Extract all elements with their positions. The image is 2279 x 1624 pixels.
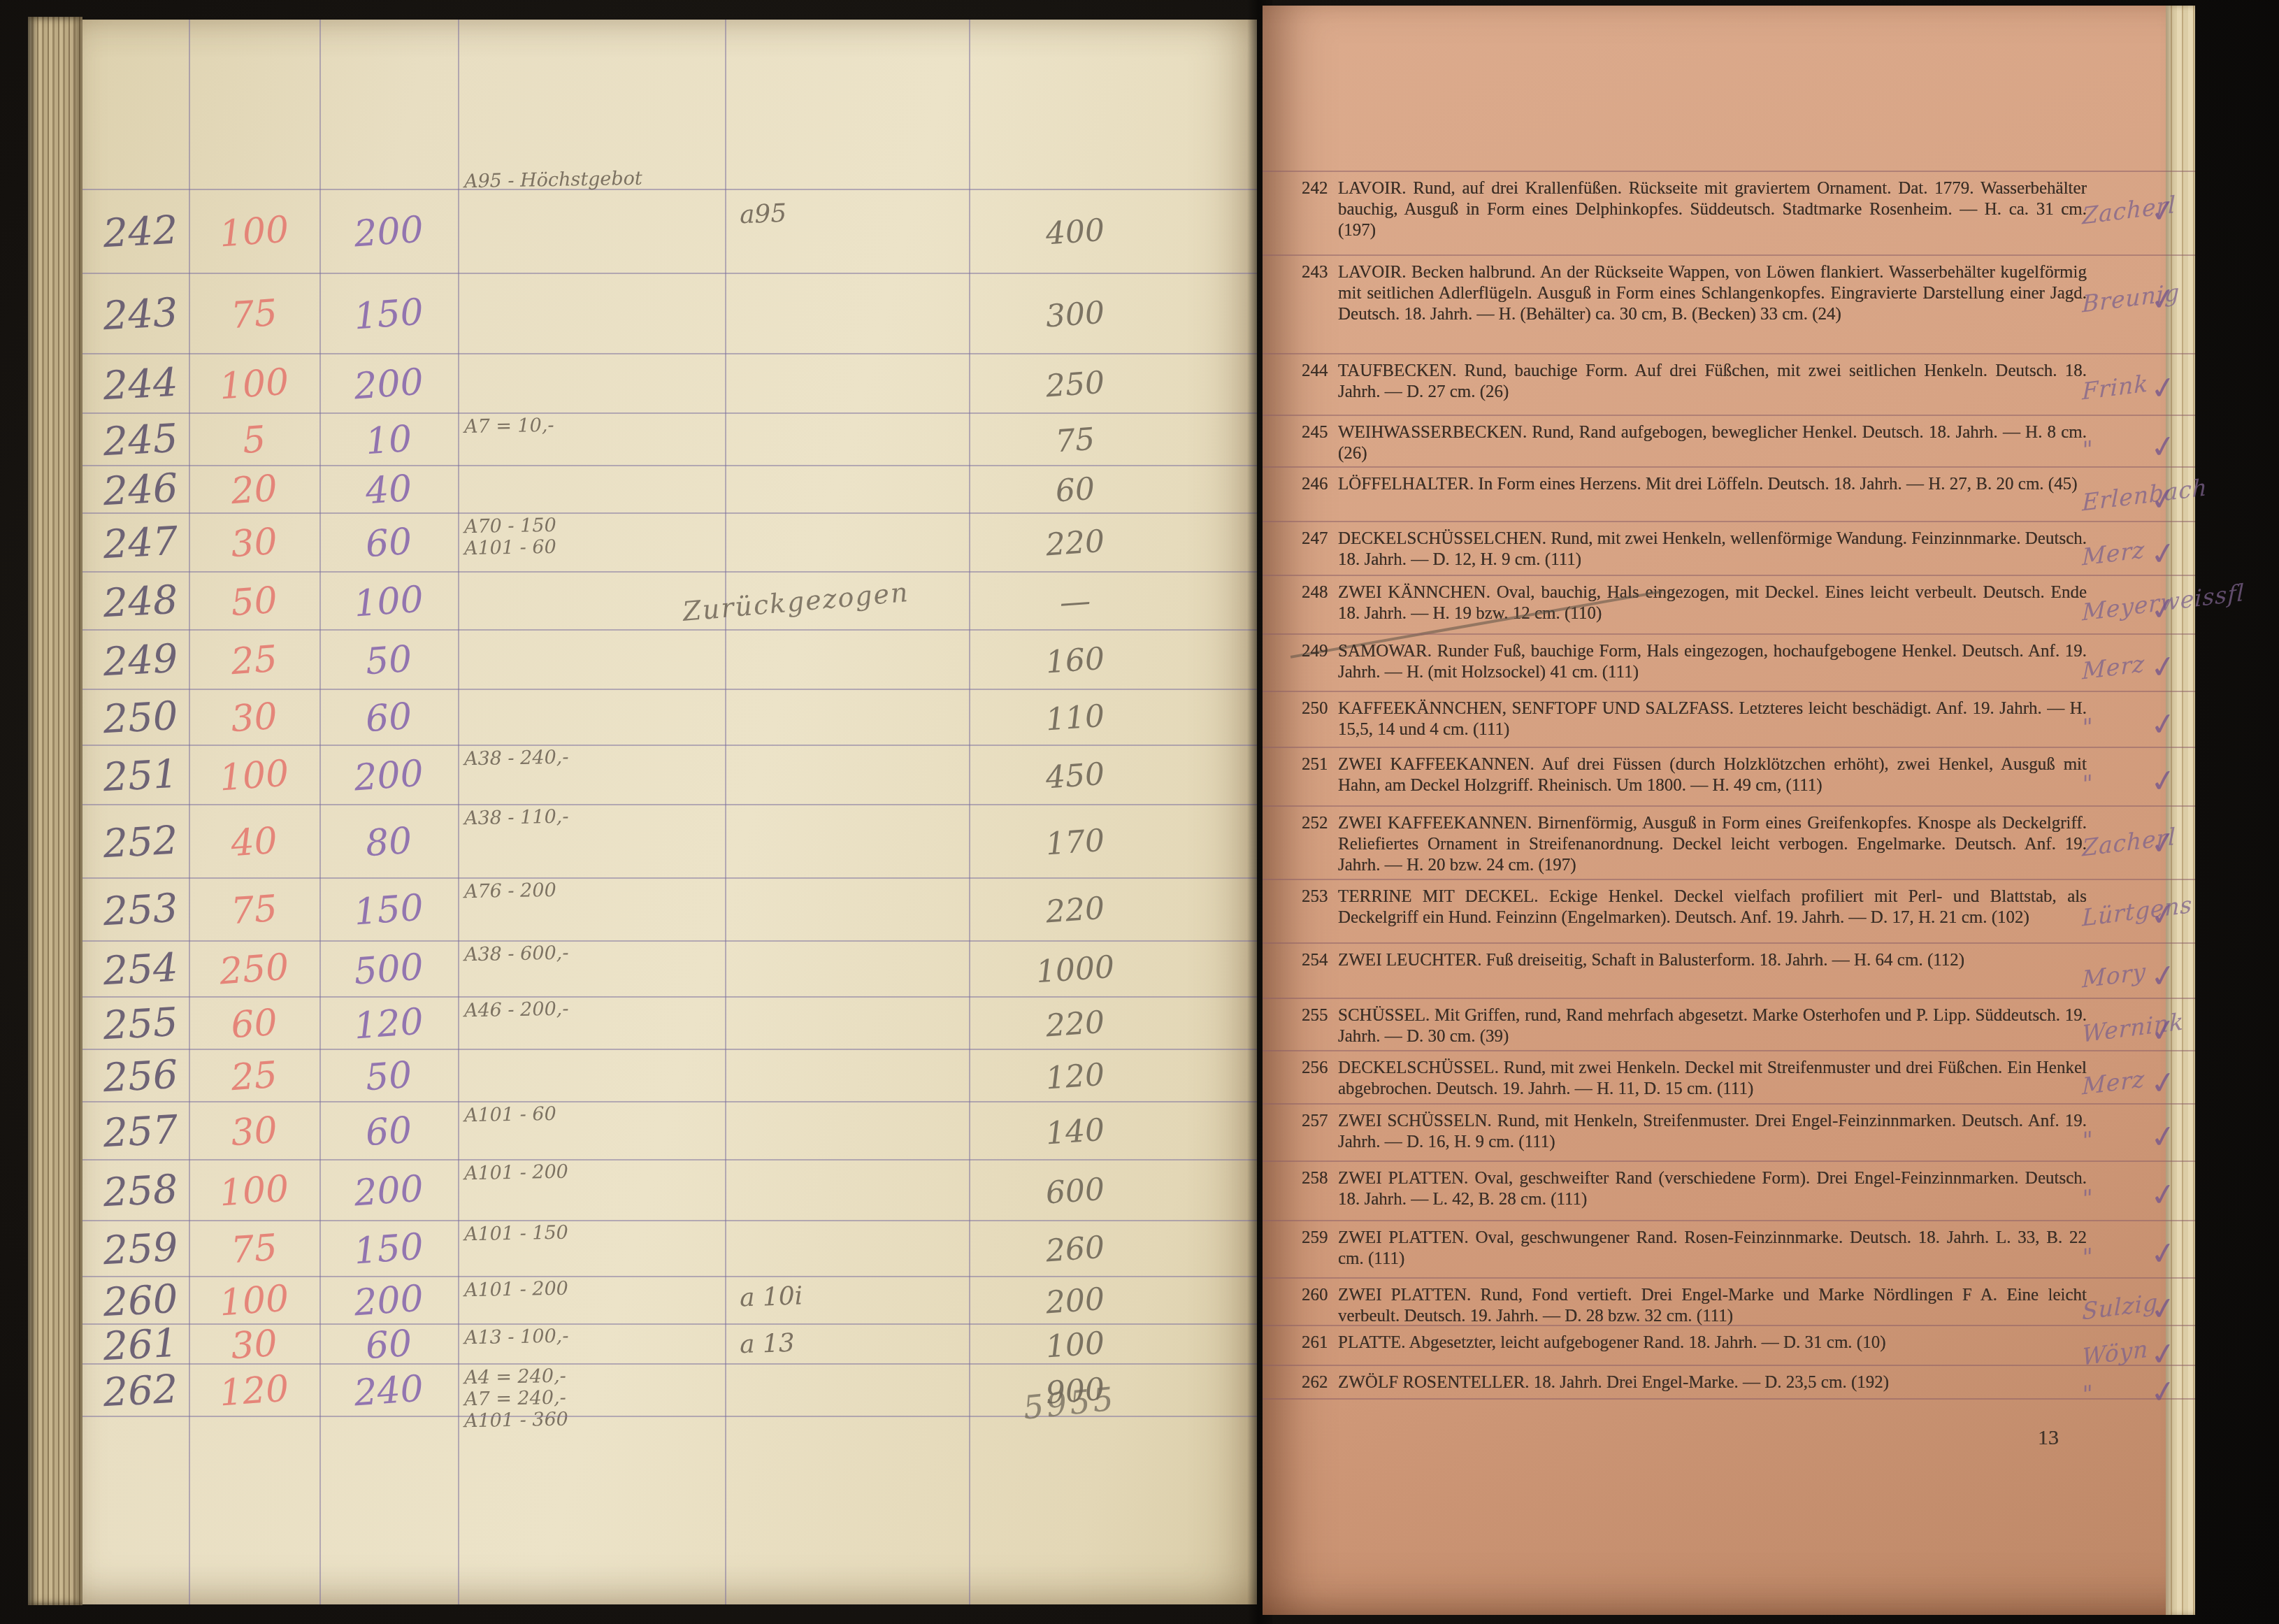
lot-number: 261 (87, 1319, 194, 1370)
lot-description-block: 256DECKELSCHÜSSEL. Rund, mit zwei Henkel… (1302, 1058, 2087, 1100)
limit-price: 75 (189, 1224, 319, 1275)
lot-number: 254 (1302, 950, 1328, 971)
double-price: 60 (319, 692, 458, 743)
checkmark-icon: ✓ (2148, 648, 2179, 687)
limit-price: 100 (189, 1276, 319, 1327)
lot-description: TAUFBECKEN. Rund, bauchige Form. Auf dre… (1338, 361, 2087, 401)
lot-number: 260 (1302, 1285, 1328, 1306)
limit-price: 30 (189, 518, 319, 569)
lot-description: ZWEI KÄNNCHEN. Oval, bauchig, Hals einge… (1338, 583, 2087, 623)
hammer-price: 600 (970, 1166, 1181, 1216)
checkmark-icon: ✓ (2148, 1011, 2179, 1050)
lot-number: 255 (87, 998, 194, 1049)
double-price: 120 (319, 998, 458, 1049)
lot-number: 262 (1302, 1372, 1328, 1393)
agent-note: A13 - 100,- (464, 1325, 569, 1349)
ruled-line (1263, 1398, 2195, 1400)
agent-note: A101 - 200 (464, 1278, 568, 1302)
ledger-row: 2492550160 (82, 629, 1257, 690)
hammer-price: — (970, 577, 1181, 627)
double-price: 200 (319, 359, 458, 410)
ledger-row: 251100200A38 - 240,-450 (82, 745, 1257, 805)
hammer-price: 220 (970, 518, 1181, 568)
limit-price: 20 (189, 465, 319, 516)
lot-description-block: 258ZWEI PLATTEN. Oval, geschweifter Rand… (1302, 1168, 2087, 1210)
checkmark-icon: ✓ (2148, 705, 2179, 744)
column-note: a 10i (739, 1282, 803, 1313)
checkmark-icon: ✓ (2148, 369, 2179, 408)
checkmark-icon: ✓ (2148, 1235, 2179, 1274)
lot-description: SCHÜSSEL. Mit Griffen, rund, Rand mehrfa… (1338, 1006, 2087, 1046)
agent-note: A7 = 10,- (464, 415, 554, 438)
catalog-entry: 254ZWEI LEUCHTER. Fuß dreiseitig, Schaft… (1263, 942, 2195, 999)
catalog-entry: 259ZWEI PLATTEN. Oval, geschwungener Ran… (1263, 1220, 2195, 1279)
hammer-price: 200 (970, 1276, 1181, 1326)
limit-price: 50 (189, 576, 319, 627)
double-price: 500 (319, 944, 458, 995)
agent-note: A38 - 600,- (464, 942, 569, 966)
double-price: 10 (319, 415, 458, 466)
agent-note: A95 - Höchstgebot (464, 168, 642, 192)
agent-notes: A38 - 600,- (464, 943, 568, 965)
lot-description: KAFFEEKÄNNCHEN, SENFTOPF UND SALZFASS. L… (1338, 699, 2087, 739)
lot-number: 262 (87, 1365, 194, 1416)
lot-number: 261 (1302, 1332, 1328, 1353)
lot-number: 243 (1302, 262, 1328, 283)
lot-number: 249 (1302, 641, 1328, 662)
lot-description: ZWEI PLATTEN. Oval, geschwungener Rand. … (1338, 1228, 2087, 1268)
hammer-price: 260 (970, 1224, 1181, 1274)
ledger-row: 2473060A70 - 150A101 - 60220 (82, 512, 1257, 573)
lot-number: 256 (1302, 1058, 1328, 1079)
lot-number: 251 (87, 750, 194, 801)
checkmark-icon: ✓ (2148, 1118, 2179, 1157)
hammer-price: 250 (970, 359, 1181, 410)
checkmark-icon: ✓ (2148, 590, 2179, 629)
hammer-price: 120 (970, 1051, 1181, 1102)
checkmark-icon: ✓ (2148, 480, 2179, 519)
catalog-entry: 258ZWEI PLATTEN. Oval, geschweifter Rand… (1263, 1160, 2195, 1221)
lot-number: 247 (87, 518, 194, 569)
ledger-row: 260100200A101 - 200a 10i200 (82, 1276, 1257, 1325)
lot-number: 245 (87, 415, 194, 466)
agent-notes: A101 - 200 (464, 1279, 568, 1300)
catalog-page: 242LAVOIR. Rund, auf drei Krallenfüßen. … (1263, 6, 2195, 1615)
lot-description-block: 251ZWEI KAFFEEKANNEN. Auf drei Füssen (d… (1302, 754, 2087, 796)
double-price: 150 (319, 884, 458, 935)
catalog-entry: 252ZWEI KAFFEEKANNEN. Birnenförmig, Ausg… (1263, 805, 2195, 880)
double-price: 150 (319, 289, 458, 340)
lot-description: TERRINE MIT DECKEL. Eckige Henkel. Decke… (1338, 887, 2087, 927)
limit-price: 100 (189, 1165, 319, 1216)
lot-number: 254 (87, 944, 194, 996)
ledger-page: 242100200A95 - Höchstgebota9540024375150… (82, 20, 1257, 1604)
agent-notes: A4 = 240,-A7 = 240,-A101 - 360 (464, 1366, 568, 1431)
lot-number: 244 (87, 359, 194, 410)
lot-number: 248 (1302, 582, 1328, 603)
double-price: 40 (319, 464, 458, 515)
column-note: a95 (739, 199, 787, 229)
lot-number: 259 (87, 1224, 194, 1275)
lot-number: 259 (1302, 1228, 1328, 1249)
catalog-entry: 247DECKELSCHÜSSELCHEN. Rund, mit zwei He… (1263, 521, 2195, 576)
lot-number: 252 (87, 817, 194, 868)
catalog-entry: 244TAUFBECKEN. Rund, bauchige Form. Auf … (1263, 353, 2195, 416)
lot-number: 252 (1302, 813, 1328, 834)
ledger-row: 2613060A13 - 100,-a 13100 (82, 1323, 1257, 1365)
lot-number: 253 (1302, 886, 1328, 907)
hammer-price: 450 (970, 751, 1181, 801)
lot-description-block: 249SAMOWAR. Runder Fuß, bauchige Form, H… (1302, 641, 2087, 683)
double-price: 200 (319, 1275, 458, 1326)
catalog-entry: 257ZWEI SCHÜSSELN. Rund, mit Henkeln, St… (1263, 1103, 2195, 1162)
agent-note: A7 = 240,- (464, 1387, 568, 1411)
ledger-row: 25375150A76 - 200220 (82, 877, 1257, 942)
limit-price: 75 (189, 885, 319, 936)
limit-price: 60 (189, 998, 319, 1049)
lot-number: 257 (87, 1106, 194, 1157)
agent-note: A101 - 360 (464, 1409, 568, 1432)
lot-description: ZWEI KAFFEEKANNEN. Birnenförmig, Ausguß … (1338, 814, 2087, 875)
catalog-entry: 253TERRINE MIT DECKEL. Eckige Henkel. De… (1263, 879, 2195, 944)
hammer-price: 110 (970, 693, 1181, 743)
hammer-price: 400 (970, 207, 1181, 257)
double-price: 240 (319, 1365, 458, 1416)
checkmark-icon: ✓ (2148, 1063, 2179, 1102)
agent-note: A70 - 150 (464, 515, 556, 538)
lot-number: 242 (87, 207, 194, 258)
lot-description-block: 253TERRINE MIT DECKEL. Eckige Henkel. De… (1302, 886, 2087, 928)
agent-note: A4 = 240,- (464, 1365, 568, 1389)
lot-description: LÖFFELHALTER. In Form eines Herzens. Mit… (1338, 475, 2077, 494)
agent-note: A101 - 200 (464, 1161, 568, 1185)
double-price: 50 (319, 635, 458, 686)
ledger-row: 2503060110 (82, 689, 1257, 746)
agent-notes: A101 - 200 (464, 1162, 568, 1184)
ledger-row: 24375150300 (82, 273, 1257, 354)
lot-number: 253 (87, 885, 194, 936)
lot-description: DECKELSCHÜSSELCHEN. Rund, mit zwei Henke… (1338, 529, 2087, 569)
agent-note: A38 - 240,- (464, 747, 569, 770)
checkmark-icon: ✓ (2148, 1289, 2179, 1328)
lot-description: ZWEI SCHÜSSELN. Rund, mit Henkeln, Strei… (1338, 1112, 2087, 1151)
ledger-row: 258100200A101 - 200600 (82, 1159, 1257, 1221)
ledger-row: 2562550120 (82, 1049, 1257, 1102)
lot-description-block: 244TAUFBECKEN. Rund, bauchige Form. Auf … (1302, 361, 2087, 403)
lot-description: SAMOWAR. Runder Fuß, bauchige Form, Hals… (1338, 642, 2087, 682)
agent-notes: A38 - 110,- (464, 807, 568, 828)
limit-price: 30 (189, 693, 319, 744)
hammer-price: 170 (970, 817, 1181, 868)
lot-description-block: 242LAVOIR. Rund, auf drei Krallenfüßen. … (1302, 178, 2087, 241)
hammer-price: 140 (970, 1107, 1181, 1157)
lot-description: ZWEI PLATTEN. Oval, geschweifter Rand (v… (1338, 1169, 2087, 1209)
lot-description: DECKELSCHÜSSEL. Rund, mit zwei Henkeln. … (1338, 1058, 2087, 1098)
hammer-price: 100 (970, 1320, 1181, 1370)
lot-description-block: 247DECKELSCHÜSSELCHEN. Rund, mit zwei He… (1302, 529, 2087, 570)
checkmark-icon: ✓ (2148, 428, 2179, 467)
lot-number: 257 (1302, 1111, 1328, 1132)
limit-price: 30 (189, 1106, 319, 1157)
catalog-entry: 255SCHÜSSEL. Mit Griffen, rund, Rand meh… (1263, 998, 2195, 1051)
catalog-entry: 261PLATTE. Abgesetzter, leicht aufgeboge… (1263, 1325, 2195, 1366)
ledger-row: 244100200250 (82, 353, 1257, 414)
lot-number: 256 (87, 1051, 194, 1102)
lot-description: ZWÖLF ROSENTELLER. 18. Jahrh. Drei Engel… (1338, 1373, 1889, 1392)
lot-description-block: 257ZWEI SCHÜSSELN. Rund, mit Henkeln, St… (1302, 1111, 2087, 1153)
agent-notes: A95 - Höchstgebot (464, 169, 642, 191)
page-edges-left (28, 17, 82, 1605)
hammer-price: 220 (970, 885, 1181, 935)
lot-description-block: 245WEIHWASSERBECKEN. Rund, Rand aufgebog… (1302, 422, 2087, 464)
lot-description-block: 255SCHÜSSEL. Mit Griffen, rund, Rand meh… (1302, 1005, 2087, 1047)
lot-number: 243 (87, 289, 194, 340)
ledger-row: 25560120A46 - 200,-220 (82, 996, 1257, 1050)
double-price: 200 (319, 750, 458, 801)
agent-note: A101 - 60 (464, 1103, 556, 1126)
catalog-entry: 248ZWEI KÄNNCHEN. Oval, bauchig, Hals ei… (1263, 575, 2195, 635)
double-price: 60 (319, 1106, 458, 1157)
ledger-row: 2573060A101 - 60140 (82, 1101, 1257, 1160)
checkmark-icon: ✓ (2148, 824, 2179, 863)
lot-description-block: 246LÖFFELHALTER. In Form eines Herzens. … (1302, 474, 2087, 495)
lot-number: 251 (1302, 754, 1328, 775)
hammer-price: 300 (970, 289, 1181, 340)
double-price: 100 (319, 576, 458, 627)
double-price: 200 (319, 1165, 458, 1216)
agent-notes: A38 - 240,- (464, 747, 568, 769)
lot-description: PLATTE. Abgesetzter, leicht aufgebogener… (1338, 1333, 1886, 1352)
limit-price: 120 (189, 1365, 319, 1416)
ledger-row: 25975150A101 - 150260 (82, 1220, 1257, 1277)
lot-number: 250 (1302, 698, 1328, 719)
hammer-price: 160 (970, 635, 1181, 686)
catalog-entry: 250KAFFEEKÄNNCHEN, SENFTOPF UND SALZFASS… (1263, 691, 2195, 748)
checkmark-icon: ✓ (2148, 895, 2179, 934)
lot-description: ZWEI PLATTEN. Rund, Fond vertieft. Drei … (1338, 1286, 2087, 1325)
limit-price: 30 (189, 1319, 319, 1370)
double-price: 50 (319, 1051, 458, 1102)
hammer-price: 1000 (970, 944, 1181, 995)
catalog-entry: 245WEIHWASSERBECKEN. Rund, Rand aufgebog… (1263, 415, 2195, 468)
checkmark-icon: ✓ (2148, 280, 2179, 319)
lot-description-block: 259ZWEI PLATTEN. Oval, geschwungener Ran… (1302, 1228, 2087, 1270)
checkmark-icon: ✓ (2148, 535, 2179, 574)
limit-price: 100 (189, 359, 319, 410)
lot-number: 242 (1302, 178, 1328, 199)
lot-number: 260 (87, 1276, 194, 1327)
double-price: 150 (319, 1223, 458, 1274)
limit-price: 75 (189, 289, 319, 340)
agent-note: A76 - 200 (464, 879, 556, 903)
ledger-row: 242100200A95 - Höchstgebota95400 (82, 189, 1257, 274)
catalog-entry: 262ZWÖLF ROSENTELLER. 18. Jahrh. Drei En… (1263, 1365, 2195, 1400)
ledger-row: 246204060 (82, 465, 1257, 514)
agent-note: A101 - 150 (464, 1222, 568, 1246)
agent-notes: A101 - 60 (464, 1104, 556, 1126)
checkmark-icon: ✓ (2148, 192, 2179, 231)
lot-number: 258 (1302, 1168, 1328, 1189)
ledger-row: 245510A7 = 10,-75 (82, 412, 1257, 466)
checkmark-icon: ✓ (2148, 762, 2179, 801)
checkmark-icon: ✓ (2148, 956, 2179, 996)
lot-number: 246 (1302, 474, 1328, 495)
agent-note: A38 - 110,- (464, 806, 569, 830)
withdrawn-note: Zurückgezogen (682, 577, 910, 627)
lot-description-block: 250KAFFEEKÄNNCHEN, SENFTOPF UND SALZFASS… (1302, 698, 2087, 740)
book-scan: 242100200A95 - Höchstgebota9540024375150… (0, 0, 2279, 1624)
ledger-row: 2524080A38 - 110,-170 (82, 804, 1257, 879)
agent-notes: A46 - 200,- (464, 999, 568, 1021)
lot-number: 255 (1302, 1005, 1328, 1026)
lot-number: 244 (1302, 361, 1328, 382)
limit-price: 25 (189, 1051, 319, 1102)
lot-description: LAVOIR. Becken halbrund. An der Rückseit… (1338, 263, 2087, 324)
lot-number: 249 (87, 635, 194, 686)
checkmark-icon: ✓ (2148, 1176, 2179, 1215)
lot-number: 245 (1302, 422, 1328, 443)
agent-note: A46 - 200,- (464, 998, 569, 1022)
hammer-price: 60 (970, 465, 1181, 515)
lot-number: 248 (87, 576, 194, 627)
column-note: a 13 (739, 1328, 795, 1359)
lot-description-block: 262ZWÖLF ROSENTELLER. 18. Jahrh. Drei En… (1302, 1372, 2087, 1393)
lot-description-block: 261PLATTE. Abgesetzter, leicht aufgeboge… (1302, 1332, 2087, 1353)
catalog-entry: 251ZWEI KAFFEEKANNEN. Auf drei Füssen (d… (1263, 747, 2195, 807)
catalog-entry: 256DECKELSCHÜSSEL. Rund, mit zwei Henkel… (1263, 1050, 2195, 1105)
lot-number: 247 (1302, 529, 1328, 549)
lot-description: ZWEI LEUCHTER. Fuß dreiseitig, Schaft in… (1338, 951, 1964, 970)
catalog-entry: 243LAVOIR. Becken halbrund. An der Rücks… (1263, 254, 2195, 354)
double-price: 80 (319, 817, 458, 868)
agent-note: A101 - 60 (464, 536, 556, 559)
lot-description: LAVOIR. Rund, auf drei Krallenfüßen. Rüc… (1338, 179, 2087, 240)
ledger-row: 254250500A38 - 600,-1000 (82, 940, 1257, 998)
lot-description-block: 243LAVOIR. Becken halbrund. An der Rücks… (1302, 262, 2087, 325)
lot-number: 250 (87, 693, 194, 744)
hammer-price: 220 (970, 999, 1181, 1049)
catalog-entry: 260ZWEI PLATTEN. Rund, Fond vertieft. Dr… (1263, 1277, 2195, 1326)
agent-notes: A76 - 200 (464, 880, 556, 902)
catalog-entry: 242LAVOIR. Rund, auf drei Krallenfüßen. … (1263, 171, 2195, 256)
ledger-row: 24850100Zurückgezogen— (82, 571, 1257, 631)
lot-number: 258 (87, 1165, 194, 1216)
agent-notes: A101 - 150 (464, 1223, 568, 1244)
lot-description-block: 254ZWEI LEUCHTER. Fuß dreiseitig, Schaft… (1302, 950, 2087, 971)
limit-price: 5 (189, 415, 319, 466)
lot-description-block: 260ZWEI PLATTEN. Rund, Fond vertieft. Dr… (1302, 1285, 2087, 1327)
lot-description-block: 248ZWEI KÄNNCHEN. Oval, bauchig, Hals ei… (1302, 582, 2087, 624)
lot-description: ZWEI KAFFEEKANNEN. Auf drei Füssen (durc… (1338, 755, 2087, 795)
lot-description: WEIHWASSERBECKEN. Rund, Rand aufgebogen,… (1338, 423, 2087, 463)
agent-notes: A7 = 10,- (464, 415, 554, 437)
limit-price: 40 (189, 817, 319, 868)
hammer-price: 75 (970, 415, 1181, 466)
lot-description-block: 252ZWEI KAFFEEKANNEN. Birnenförmig, Ausg… (1302, 813, 2087, 876)
agent-notes: A70 - 150A101 - 60 (464, 515, 556, 559)
limit-price: 100 (189, 207, 319, 258)
lot-number: 246 (87, 465, 194, 516)
agent-notes: A13 - 100,- (464, 1326, 568, 1348)
catalog-entry: 246LÖFFELHALTER. In Form eines Herzens. … (1263, 466, 2195, 522)
double-price: 200 (319, 206, 458, 257)
limit-price: 25 (189, 635, 319, 686)
limit-price: 250 (189, 944, 319, 996)
page-number: 13 (2020, 1426, 2076, 1450)
checkmark-icon: ✓ (2148, 1373, 2179, 1412)
catalog-entry: 249SAMOWAR. Runder Fuß, bauchige Form, H… (1263, 633, 2195, 692)
limit-price: 100 (189, 750, 319, 801)
double-price: 60 (319, 517, 458, 568)
